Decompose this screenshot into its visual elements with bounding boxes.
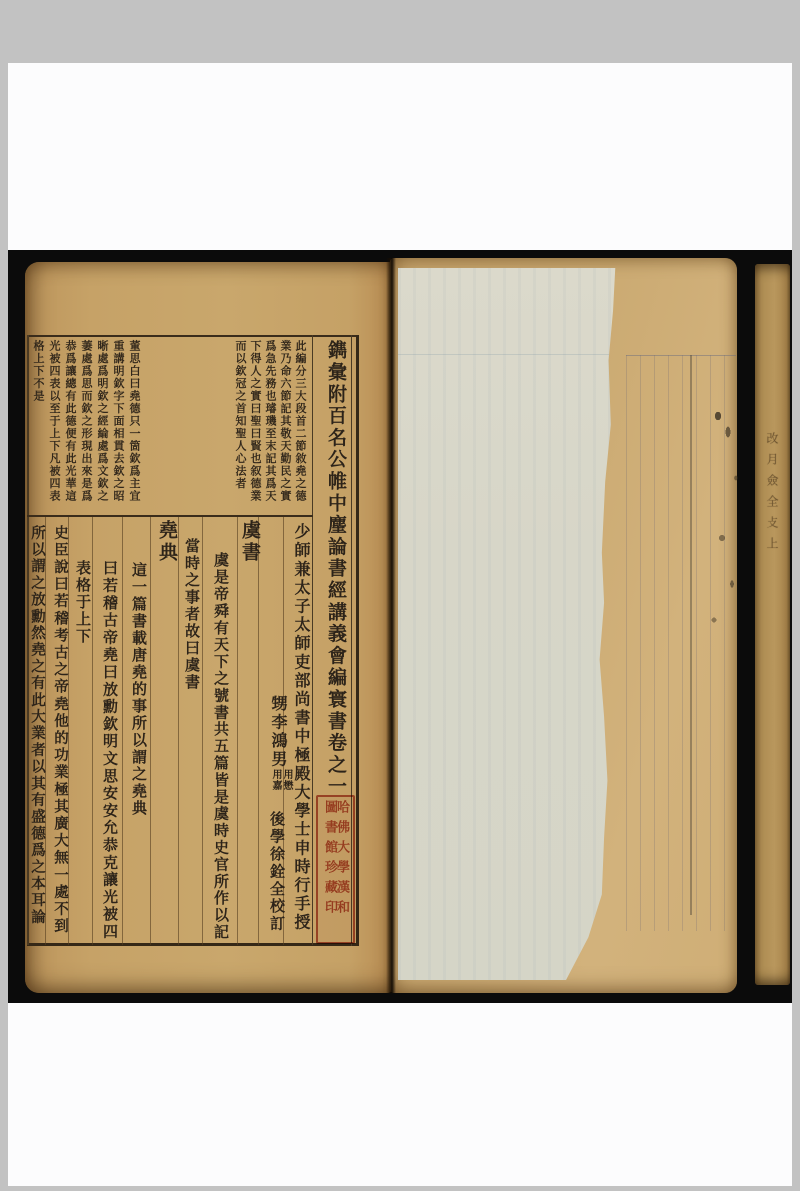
margin-note-right: 此編分三大段首二節敘堯之德業乃命六節記其敬天勤民之實爲急先務也璿璣至末記其爲天下… — [208, 340, 308, 514]
column-divider — [150, 517, 151, 945]
margin-note-rule — [27, 515, 313, 517]
column-divider — [178, 517, 179, 945]
fore-edge-handwriting: 改月僉全攴上 — [764, 432, 781, 558]
bleedthrough-heavy-line — [690, 355, 692, 915]
left-page: 此編分三大段首二節敘堯之德業乃命六節記其敬天勤民之實爲急先務也璿璣至末記其爲天下… — [25, 262, 393, 993]
seal-col-left: 圖書館珍藏印 — [320, 800, 339, 920]
column-divider — [237, 517, 238, 945]
collators-prefix: 甥李鴻男 — [267, 695, 290, 769]
column-divider — [122, 517, 123, 945]
collators-suffix: 後學徐銓全校訂 — [267, 811, 288, 933]
photo-background: 此編分三大段首二節敘堯之德業乃命六節記其敬天勤民之實爲急先務也璿璣至末記其爲天下… — [8, 250, 792, 1003]
collator-name-small-2: 用嘉 — [268, 769, 283, 791]
commentary-col-2: 所以謂之放勳然堯之有此大業者以其有盛德爲之本耳論 — [27, 525, 48, 926]
yushu-note-col-2: 當時之事者故曰虞書 — [182, 538, 203, 691]
tissue-sheet — [398, 268, 622, 980]
right-page — [390, 258, 737, 993]
section-heading-yaodian: 堯典 — [154, 520, 181, 564]
classic-text-col-2: 表格于上下 — [73, 560, 94, 645]
classic-text-col-1: 曰若稽古帝堯曰放勳欽明文思安安允恭克讓光被四 — [100, 560, 121, 941]
byline-column: 少師兼太子太師吏部尚書中極殿大學士申時行手授 — [290, 523, 313, 932]
frame-right-outer-border — [356, 335, 359, 946]
yaodian-intro-column: 這一篇書載唐堯的事所以謂之堯典 — [129, 562, 150, 817]
commentary-col-1: 史臣說曰若稽考古之帝堯他的功業極其廣大無一處不到 — [50, 525, 71, 935]
white-matte: 此編分三大段首二節敘堯之德業乃命六節記其敬天勤民之實爲急先務也璿璣至末記其爲天下… — [8, 63, 792, 1186]
margin-note-left: 董思白曰堯德只一箇欽爲主宜重講明欽字下面相貫去欽之昭晰處爲明欽之經綸處爲文欽之萋… — [25, 340, 142, 514]
section-heading-yushu: 虞書 — [237, 520, 264, 564]
text-frame: 此編分三大段首二節敘堯之德業乃命六節記其敬天勤民之實爲急先務也璿璣至末記其爲天下… — [25, 262, 393, 993]
gutter-shadow — [386, 258, 396, 993]
fore-edge-strip: 改月僉全攴上 — [755, 264, 790, 985]
book-title-column: 鐫彙附百名公帷中麈論書經講義會編寰書卷之一 — [323, 340, 350, 798]
yushu-note-col-1: 虞是帝舜有天下之號書共五篇皆是虞時史官所作以記 — [211, 552, 232, 941]
library-seal: 哈佛大學漢和 圖書館珍藏印 — [316, 795, 355, 944]
column-divider — [258, 517, 259, 945]
frame-top-border — [27, 335, 358, 337]
ink-specks — [702, 388, 744, 638]
frame-bottom-border — [27, 943, 358, 946]
